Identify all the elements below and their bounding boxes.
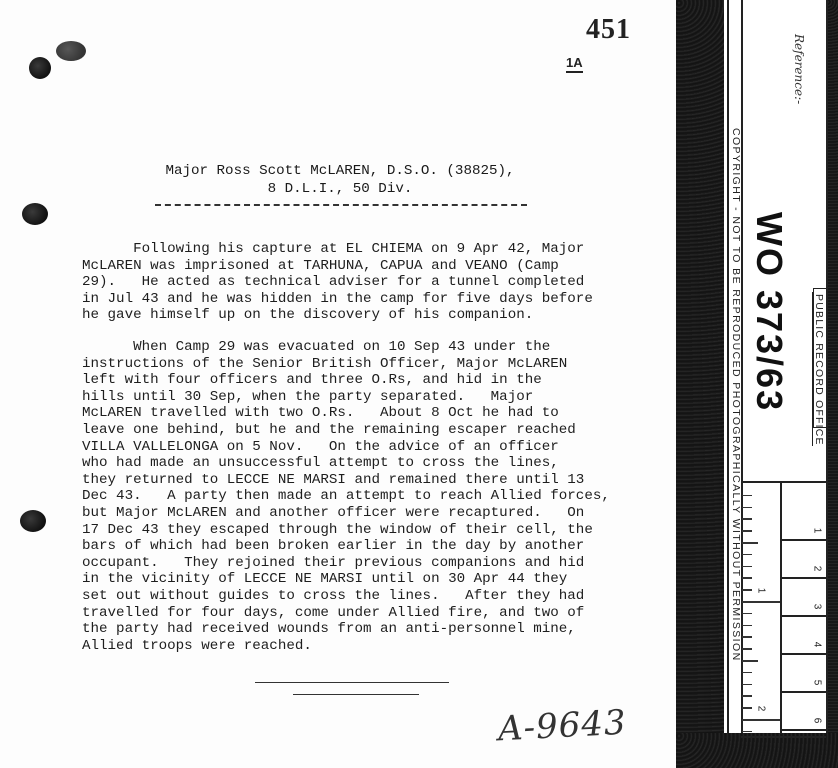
ruler-tick: [742, 613, 752, 615]
ruler-cm-line: [782, 691, 826, 693]
ruler-tick: [742, 648, 752, 650]
ruler-tick: [742, 731, 752, 733]
ruler-tick: [742, 684, 752, 686]
paragraph-escape: When Camp 29 was evacuated on 10 Sep 43 …: [82, 339, 602, 654]
ruler-cm-label: 2: [811, 566, 822, 572]
ruler-tick: [742, 518, 752, 520]
office-label: PUBLIC RECORD OFFICE: [812, 292, 825, 446]
punch-hole-icon: [22, 203, 48, 225]
ruler-tick: [742, 719, 780, 721]
ruler-cm-label: 1: [811, 528, 822, 534]
strip-border-bottom: [676, 733, 838, 768]
strip-border-left: [676, 0, 724, 768]
ruler-tick: [742, 566, 752, 568]
ruler-cm-label: 3: [811, 604, 822, 610]
ruler-cm-line: [782, 539, 826, 541]
ruler-cm-line: [782, 577, 826, 579]
ruler-cm-line: [782, 653, 826, 655]
ruler-cm-label: 5: [811, 680, 822, 686]
strip-rule: [727, 0, 729, 733]
ruler-tick: [742, 601, 780, 603]
ruler-tick: [742, 636, 752, 638]
page-number: 451: [586, 14, 631, 46]
ruler-tick: [742, 695, 752, 697]
title-line-unit: 8 D.L.I., 50 Div.: [140, 180, 540, 198]
reference-label: Reference:-: [792, 34, 806, 104]
strip-rule: [826, 0, 828, 733]
document-title: Major Ross Scott McLAREN, D.S.O. (38825)…: [140, 162, 540, 198]
punch-hole-icon: [56, 41, 86, 61]
ruler-tick: [742, 542, 758, 544]
punch-hole-icon: [29, 57, 51, 79]
title-divider: [155, 204, 527, 206]
folio-number: 1A: [566, 55, 583, 73]
ruler-tick: [742, 495, 752, 497]
ruler-inch-label: 2: [755, 706, 766, 712]
ruler-tick: [742, 672, 752, 674]
ruler-tick: [742, 660, 758, 662]
ruler-tick: [742, 589, 752, 591]
paragraph-capture: Following his capture at EL CHIEMA on 9 …: [82, 241, 602, 324]
ruler-tick: [742, 530, 752, 532]
end-divider-short: [293, 694, 419, 695]
title-line-name: Major Ross Scott McLAREN, D.S.O. (38825)…: [140, 162, 540, 180]
ruler-cm-label: 6: [811, 718, 822, 724]
document-reference: WO 373/63: [748, 212, 790, 412]
punch-hole-icon: [20, 510, 46, 532]
document-page: 451 1A Major Ross Scott McLAREN, D.S.O. …: [0, 0, 676, 768]
ruler-tick: [742, 577, 752, 579]
ruler-tick: [742, 707, 752, 709]
ruler-tick: [742, 507, 752, 509]
ruler-cm-line: [782, 729, 826, 731]
ruler-cm-line: [782, 615, 826, 617]
handwritten-annotation: A-9643: [497, 703, 627, 750]
end-divider: [255, 682, 449, 683]
ruler-divider: [780, 481, 782, 734]
ruler-inch-label: 1: [755, 588, 766, 594]
ruler-tick: [742, 554, 752, 556]
ruler-tick: [742, 625, 752, 627]
ruler-cm-label: 4: [811, 642, 822, 648]
